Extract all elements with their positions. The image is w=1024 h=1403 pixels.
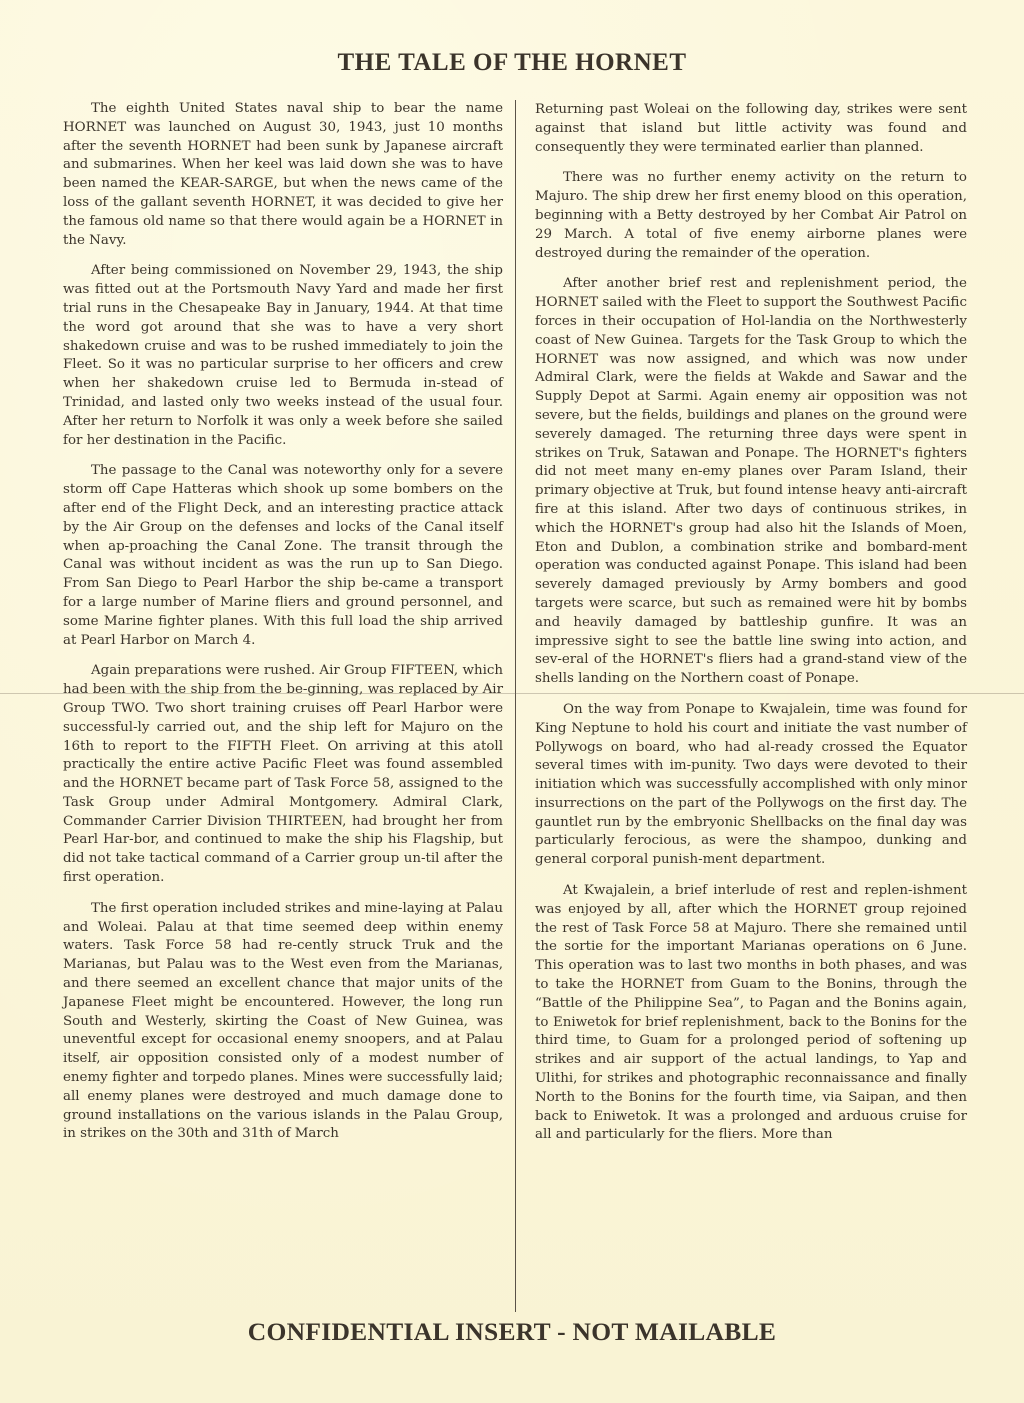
paragraph-first-blood: There was no further enemy activity on t… (535, 169, 967, 263)
right-column: Returning past Woleai on the following d… (535, 101, 967, 1157)
left-column: The eighth United States naval ship to b… (63, 100, 503, 1156)
column-divider (515, 100, 516, 1312)
paragraph-king-neptune: On the way from Ponape to Kwajalein, tim… (535, 701, 967, 870)
paragraph-canal-passage: The passage to the Canal was noteworthy … (63, 462, 503, 650)
paragraph-kwajalein-marianas: At Kwajalein, a brief interlude of rest … (535, 882, 967, 1145)
paragraph-woleai-return: Returning past Woleai on the following d… (535, 101, 967, 157)
document-page: THE TALE OF THE HORNET The eighth United… (0, 0, 1024, 1403)
confidential-footer: CONFIDENTIAL INSERT - NOT MAILABLE (0, 1317, 1024, 1347)
paragraph-first-operation: The first operation included strikes and… (63, 900, 503, 1144)
paragraph-launch: The eighth United States naval ship to b… (63, 100, 503, 250)
page-title: THE TALE OF THE HORNET (0, 49, 1024, 77)
paragraph-air-group: Again preparations were rushed. Air Grou… (63, 662, 503, 888)
paragraph-commissioning: After being commissioned on November 29,… (63, 262, 503, 450)
paper-fold-crease (0, 693, 1024, 694)
paragraph-hollandia: After another brief rest and replenishme… (535, 275, 967, 689)
